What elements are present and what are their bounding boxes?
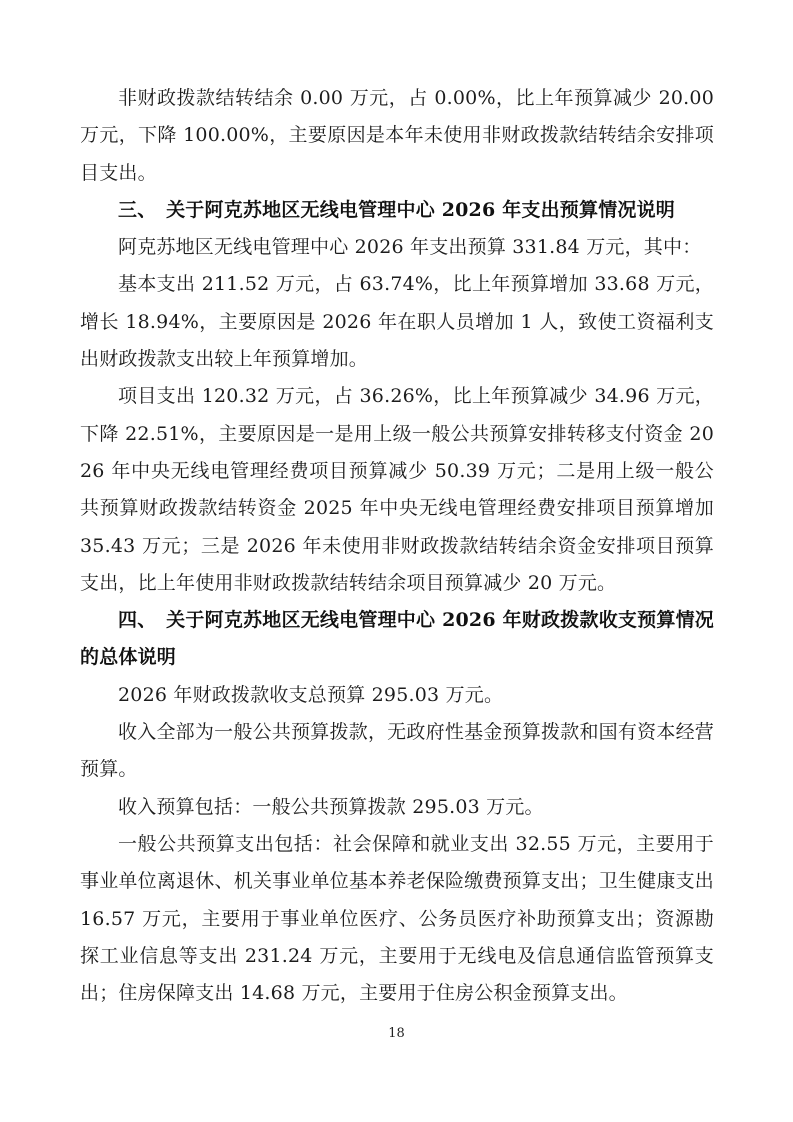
paragraph-project-expenditure: 项目支出 120.32 万元，占 36.26%，比上年预算减少 34.96 万元… [80,378,714,602]
paragraph-total-expenditure: 阿克苏地区无线电管理中心 2026 年支出预算 331.84 万元，其中： [80,229,714,266]
page-footer: 18 [0,1022,793,1041]
page-number: 18 [388,1026,405,1041]
paragraph-basic-expenditure: 基本支出 211.52 万元，占 63.74%，比上年预算增加 33.68 万元… [80,266,714,378]
paragraph-public-budget-expenditure-detail: 一般公共预算支出包括：社会保障和就业支出 32.55 万元，主要用于事业单位离退… [80,826,714,1012]
document-page: 非财政拨款结转结余 0.00 万元，占 0.00%，比上年预算减少 20.00 … [0,0,793,1122]
section-heading-4-fiscal-appropriation: 四、 关于阿克苏地区无线电管理中心 2026 年财政拨款收支预算情况的总体说明 [80,602,714,677]
paragraph-nonfiscal-carryover: 非财政拨款结转结余 0.00 万元，占 0.00%，比上年预算减少 20.00 … [80,80,714,192]
paragraph-total-fiscal-budget: 2026 年财政拨款收支总预算 295.03 万元。 [80,677,714,714]
paragraph-income-budget: 收入预算包括：一般公共预算拨款 295.03 万元。 [80,789,714,826]
document-body: 非财政拨款结转结余 0.00 万元，占 0.00%，比上年预算减少 20.00 … [80,80,714,1012]
section-heading-3-expenditure-budget: 三、 关于阿克苏地区无线电管理中心 2026 年支出预算情况说明 [80,192,714,229]
paragraph-income-source: 收入全部为一般公共预算拨款，无政府性基金预算拨款和国有资本经营预算。 [80,714,714,789]
